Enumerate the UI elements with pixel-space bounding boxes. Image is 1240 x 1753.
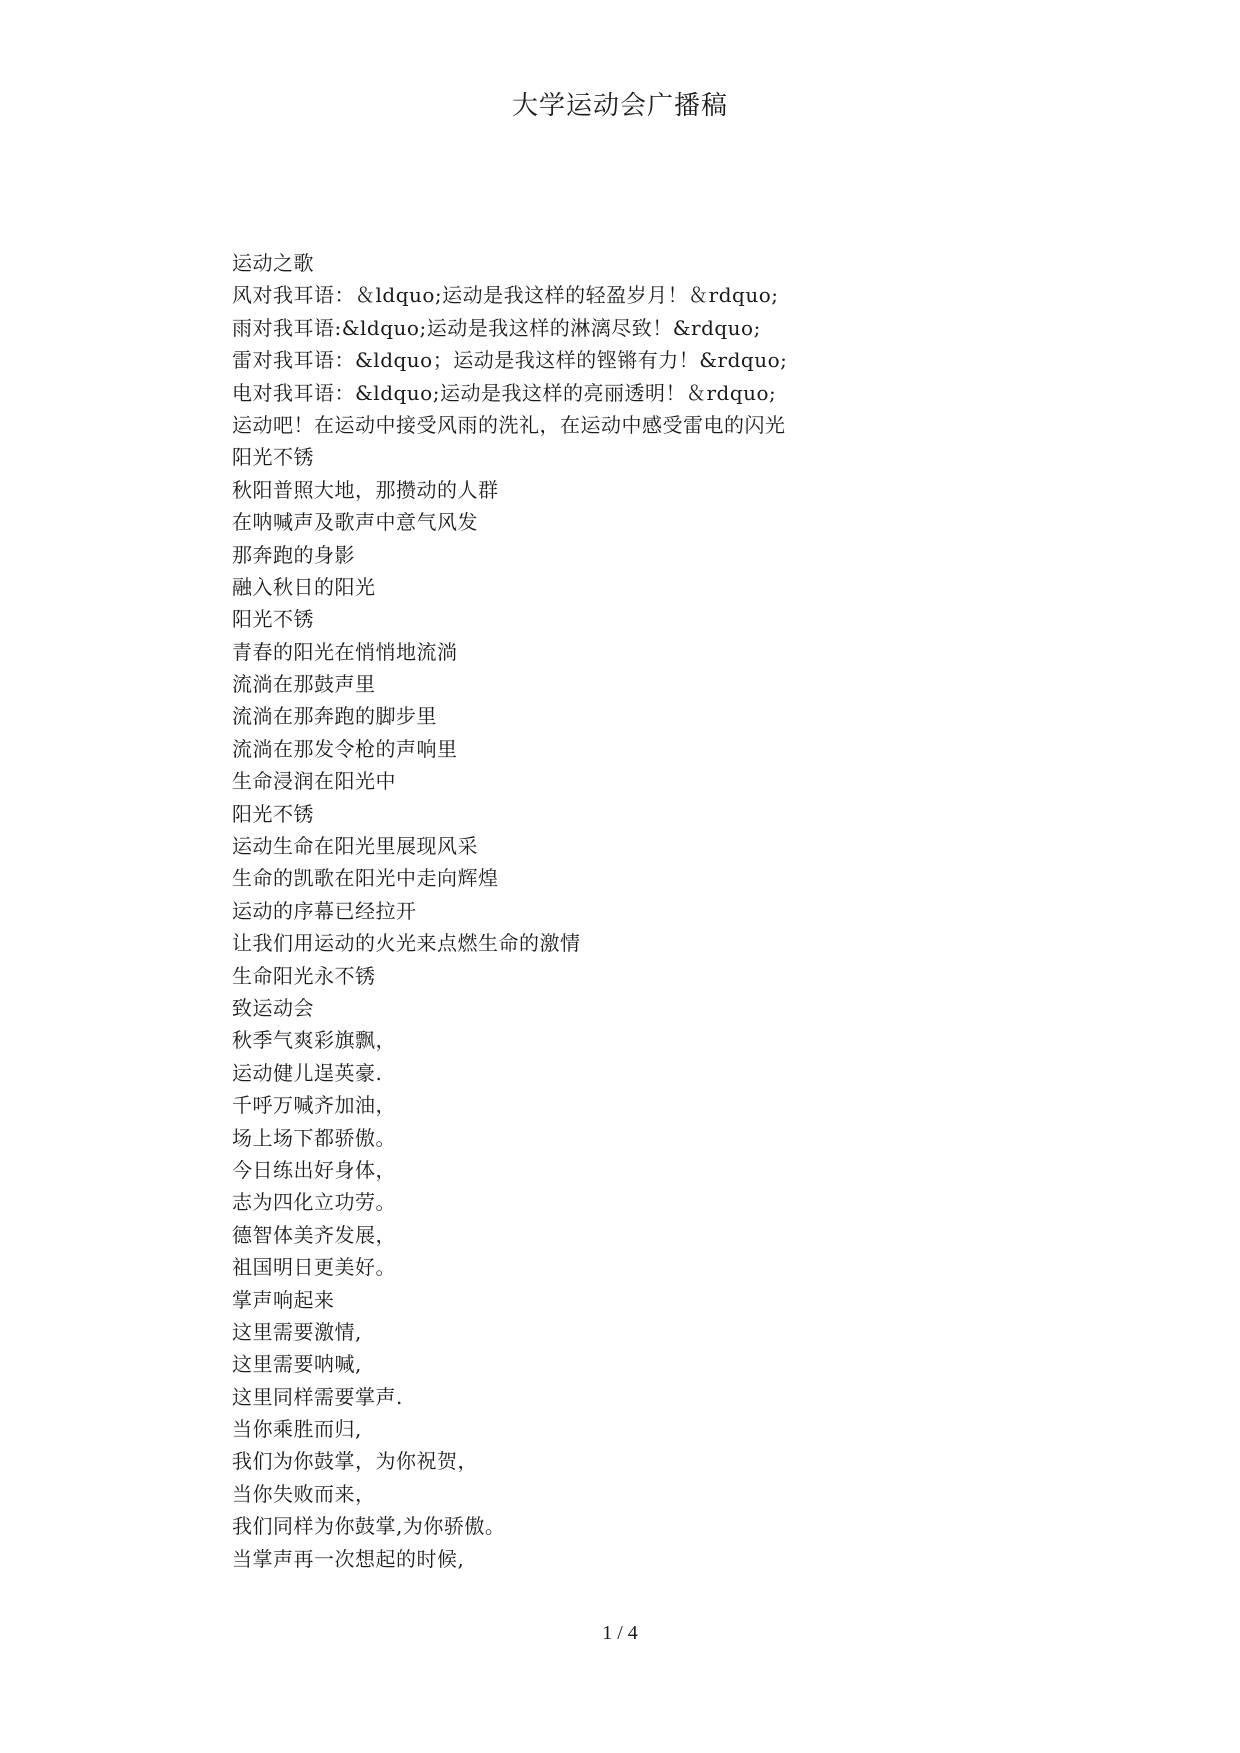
- text-line: 在呐喊声及歌声中意气风发: [232, 506, 1032, 538]
- text-line: 青春的阳光在悄悄地流淌: [232, 636, 1032, 668]
- text-line: 雷对我耳语：&ldquo；运动是我这样的铿锵有力！&rdquo;: [232, 344, 1032, 376]
- text-line: 当掌声再一次想起的时候,: [232, 1543, 1032, 1575]
- document-title: 大学运动会广播稿: [0, 88, 1240, 124]
- text-line: 流淌在那发令枪的声响里: [232, 733, 1032, 765]
- text-line: 掌声响起来: [232, 1284, 1032, 1316]
- text-line: 致运动会: [232, 992, 1032, 1024]
- text-line: 流淌在那奔跑的脚步里: [232, 700, 1032, 732]
- text-line: 千呼万喊齐加油，: [232, 1089, 1032, 1121]
- text-line: 秋阳普照大地，那攒动的人群: [232, 474, 1032, 506]
- text-line: 运动之歌: [232, 247, 1032, 279]
- text-line: 志为四化立功劳。: [232, 1186, 1032, 1218]
- document-body: 运动之歌风对我耳语：＆ldquo;运动是我这样的轻盈岁月！＆rdquo;雨对我耳…: [232, 247, 1032, 1575]
- text-line: 运动生命在阳光里展现风采: [232, 830, 1032, 862]
- text-line: 运动健儿逞英豪.: [232, 1057, 1032, 1089]
- text-line: 当你失败而来，: [232, 1478, 1032, 1510]
- text-line: 风对我耳语：＆ldquo;运动是我这样的轻盈岁月！＆rdquo;: [232, 279, 1032, 311]
- text-line: 生命阳光永不锈: [232, 960, 1032, 992]
- text-line: 我们同样为你鼓掌,为你骄傲。: [232, 1510, 1032, 1542]
- text-line: 让我们用运动的火光来点燃生命的激情: [232, 927, 1032, 959]
- text-line: 这里需要呐喊,: [232, 1348, 1032, 1380]
- text-line: 场上场下都骄傲。: [232, 1122, 1032, 1154]
- text-line: 运动的序幕已经拉开: [232, 895, 1032, 927]
- text-line: 秋季气爽彩旗飘，: [232, 1024, 1032, 1056]
- text-line: 这里需要激情,: [232, 1316, 1032, 1348]
- text-line: 阳光不锈: [232, 798, 1032, 830]
- text-line: 阳光不锈: [232, 441, 1032, 473]
- text-line: 德智体美齐发展，: [232, 1219, 1032, 1251]
- text-line: 阳光不锈: [232, 603, 1032, 635]
- text-line: 今日练出好身体，: [232, 1154, 1032, 1186]
- page-number: 1 / 4: [0, 1620, 1240, 1646]
- text-line: 电对我耳语：&ldquo;运动是我这样的亮丽透明！＆rdquo;: [232, 377, 1032, 409]
- text-line: 流淌在那鼓声里: [232, 668, 1032, 700]
- text-line: 融入秋日的阳光: [232, 571, 1032, 603]
- text-line: 我们为你鼓掌，为你祝贺，: [232, 1445, 1032, 1477]
- text-line: 生命浸润在阳光中: [232, 765, 1032, 797]
- text-line: 雨对我耳语:&ldquo;运动是我这样的淋漓尽致！&rdquo;: [232, 312, 1032, 344]
- text-line: 运动吧！在运动中接受风雨的洗礼，在运动中感受雷电的闪光: [232, 409, 1032, 441]
- text-line: 当你乘胜而归,: [232, 1413, 1032, 1445]
- text-line: 生命的凯歌在阳光中走向辉煌: [232, 862, 1032, 894]
- text-line: 那奔跑的身影: [232, 539, 1032, 571]
- text-line: 祖国明日更美好。: [232, 1251, 1032, 1283]
- text-line: 这里同样需要掌声.: [232, 1381, 1032, 1413]
